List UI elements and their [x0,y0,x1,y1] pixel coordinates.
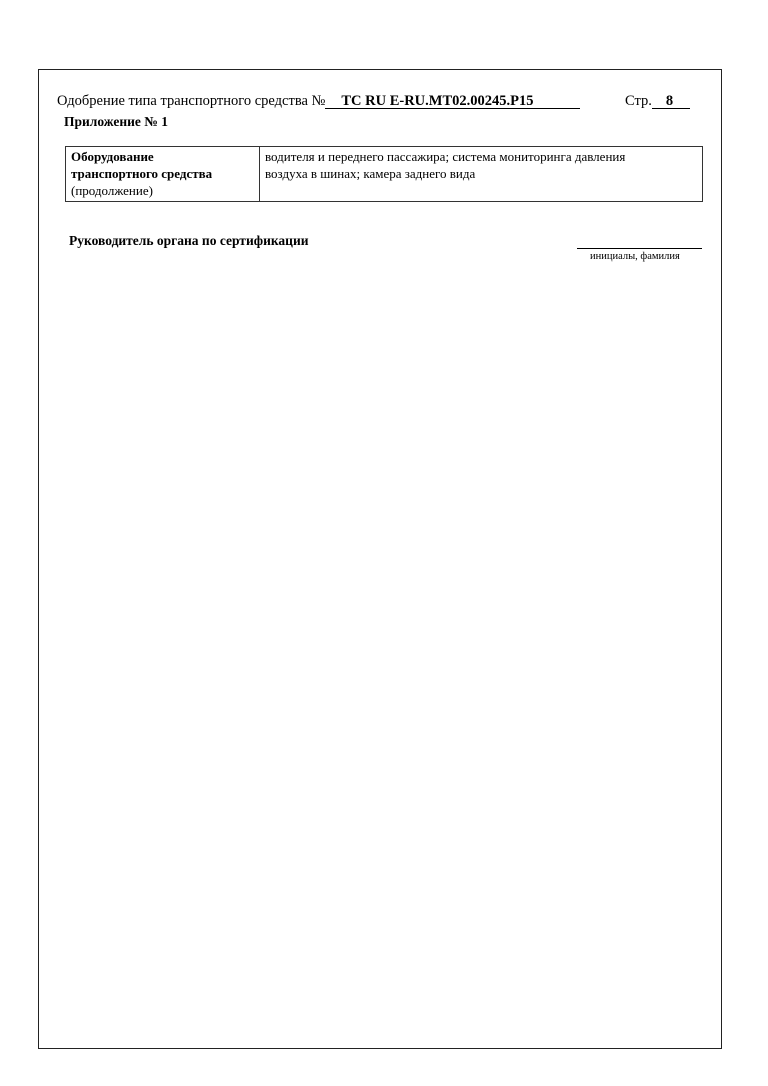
equipment-table: Оборудование транспортного средства (про… [65,146,703,202]
approval-header: Одобрение типа транспортного средства №Т… [57,93,580,110]
table-row: Оборудование транспортного средства (про… [66,147,703,202]
equipment-label-cell: Оборудование транспортного средства (про… [66,147,260,202]
label-line: транспортного средства [71,165,254,182]
approval-prefix: Одобрение типа транспортного средства № [57,93,325,109]
label-continuation: (продолжение) [71,182,254,199]
page-number: 8 [652,94,690,109]
certification-head-title: Руководитель органа по сертификации [69,233,309,249]
label-line: Оборудование [71,148,254,165]
page-frame [38,69,722,1049]
signature-caption: инициалы, фамилия [590,251,680,262]
equipment-value-cell: водителя и переднего пассажира; система … [260,147,703,202]
document-number: ТС RU E-RU.MT02.00245.P15 [325,94,580,109]
signature-line [577,248,702,249]
value-line: воздуха в шинах; камера заднего вида [265,165,697,182]
page-indicator: Стр.8 [625,93,690,110]
appendix-title: Приложение № 1 [64,114,168,130]
page-label: Стр. [625,93,652,109]
value-line: водителя и переднего пассажира; система … [265,148,697,165]
